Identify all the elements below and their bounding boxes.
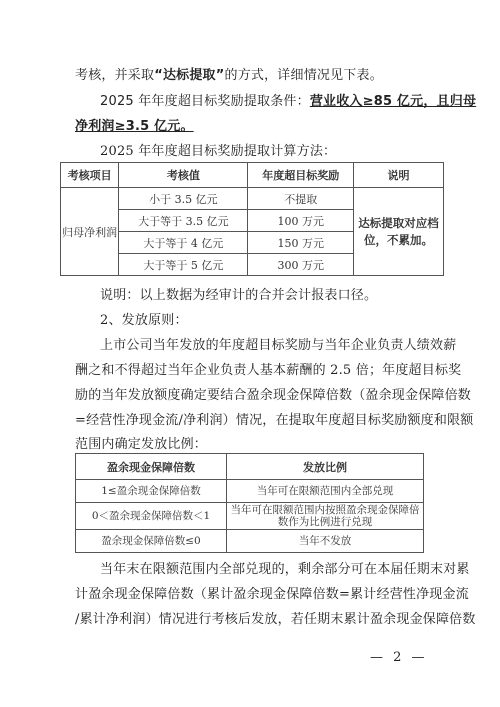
table-row: 盈余现金保障倍数≤0 当年不发放 [76, 530, 424, 553]
paragraph-principle: 酬之和不得超过当年企业负责人基本薪酬的 2.5 倍；年度超目标奖 [75, 363, 447, 379]
header-cell: 年度超目标奖励 [248, 163, 354, 188]
reward-cell: 150 万元 [248, 232, 354, 254]
paragraph-principle: 上市公司当年发放的年度超目标奖励与当年企业负责人绩效薪 [100, 338, 447, 354]
text: 酬之和不得超过当年企业负责人基本薪酬的 2.5 倍；年度超目标奖 [75, 363, 461, 378]
paragraph-condition-cont: 净利润≥3.5 亿元。 [75, 119, 447, 135]
table-row: 0＜盈余现金保障倍数＜1 当年可在限额范围内按照盈余现金保障倍 数作为比例进行兑… [76, 503, 424, 530]
header-cell: 盈余现金保障倍数 [76, 454, 227, 480]
reward-cell: 300 万元 [248, 254, 354, 276]
table-row: 1≤盈余现金保障倍数 当年可在限额范围内全部兑现 [76, 480, 424, 503]
bold-term: “达标提取” [154, 68, 224, 83]
text: 说明：以上数据为经审计的合并会计报表口径。 [100, 288, 377, 303]
paragraph-principle: =经营性净现金流/净利润）情况，在提取年度超目标奖励额度和限额 [75, 413, 447, 429]
payout-cell: 当年不发放 [227, 530, 424, 553]
header-cell: 考核项目 [61, 163, 119, 188]
text: 计盈余现金保障倍数（累计盈余现金保障倍数=累计经营性净现金流 [75, 587, 469, 602]
ratio-cell: 0＜盈余现金保障倍数＜1 [76, 503, 227, 530]
text: 2025 年年度超目标奖励提取计算方法： [100, 144, 336, 159]
paragraph-principle: 范围内确定发放比例： [75, 437, 447, 453]
paragraph-remaining: 当年末在限额范围内全部兑现的，剩余部分可在本届任期末对累 [100, 562, 447, 578]
paragraph-note: 说明：以上数据为经审计的合并会计报表口径。 [100, 288, 447, 304]
header-cell: 发放比例 [227, 454, 424, 480]
value-cell: 大于等于 5 亿元 [119, 254, 248, 276]
paragraph-remaining: /累计净利润）情况进行考核后发放，若任期末累计盈余现金保障倍数 [75, 612, 447, 628]
text: 上市公司当年发放的年度超目标奖励与当年企业负责人绩效薪 [100, 338, 456, 353]
reward-cell: 100 万元 [248, 210, 354, 232]
text: 的方式，详细情况见下表。 [225, 68, 383, 83]
note-line: 达标提取对应档 [358, 216, 439, 230]
value-cell: 大于等于 3.5 亿元 [119, 210, 248, 232]
paragraph-principle: 励的当年发放额度确定要结合盈余现金保障倍数（盈余现金保障倍数 [75, 388, 447, 404]
text: 励的当年发放额度确定要结合盈余现金保障倍数（盈余现金保障倍数 [75, 388, 471, 403]
payout-ratio-table: 盈余现金保障倍数 发放比例 1≤盈余现金保障倍数 当年可在限额范围内全部兑现 0… [75, 453, 424, 553]
payout-cell: 当年可在限额范围内按照盈余现金保障倍 数作为比例进行兑现 [227, 503, 424, 530]
value-cell: 小于 3.5 亿元 [119, 188, 248, 210]
payout-cell: 当年可在限额范围内全部兑现 [227, 480, 424, 503]
header-cell: 考核值 [119, 163, 248, 188]
text: 2、发放原则： [100, 313, 188, 328]
note-line: 位，不累加。 [364, 233, 433, 247]
table-header-row: 考核项目 考核值 年度超目标奖励 说明 [61, 163, 444, 188]
paragraph-intro: 考核，并采取“达标提取”的方式，详细情况见下表。 [75, 68, 447, 84]
reward-cell: 不提取 [248, 188, 354, 210]
text: 范围内确定发放比例： [75, 437, 207, 452]
table-row: 归母净利润 小于 3.5 亿元 不提取 达标提取对应档 位，不累加。 [61, 188, 444, 210]
text: /累计净利润）情况进行考核后发放，若任期末累计盈余现金保障倍数 [75, 612, 476, 627]
payout-line: 数作为比例进行兑现 [278, 516, 373, 528]
value-cell: 大于等于 4 亿元 [119, 232, 248, 254]
page-number: — 2 — [370, 650, 428, 665]
underlined-condition: 营业收入≥85 亿元，且归母 [310, 94, 476, 109]
reward-calc-table: 考核项目 考核值 年度超目标奖励 说明 归母净利润 小于 3.5 亿元 不提取 … [60, 162, 444, 276]
note-cell: 达标提取对应档 位，不累加。 [354, 188, 444, 276]
paragraph-method: 2025 年年度超目标奖励提取计算方法： [100, 144, 447, 160]
table-header-row: 盈余现金保障倍数 发放比例 [76, 454, 424, 480]
paragraph-remaining: 计盈余现金保障倍数（累计盈余现金保障倍数=累计经营性净现金流 [75, 587, 447, 603]
header-cell: 说明 [354, 163, 444, 188]
text: 当年末在限额范围内全部兑现的，剩余部分可在本届任期末对累 [100, 562, 470, 577]
paragraph-condition: 2025 年年度超目标奖励提取条件：营业收入≥85 亿元，且归母 [100, 94, 447, 110]
text: =经营性净现金流/净利润）情况，在提取年度超目标奖励额度和限额 [75, 413, 473, 428]
payout-line: 当年可在限额范围内按照盈余现金保障倍 [231, 504, 420, 516]
underlined-condition: 净利润≥3.5 亿元。 [75, 119, 194, 134]
ratio-cell: 1≤盈余现金保障倍数 [76, 480, 227, 503]
section-heading: 2、发放原则： [100, 313, 447, 329]
item-cell: 归母净利润 [61, 188, 119, 276]
text: 考核，并采取 [75, 68, 154, 83]
text: 2025 年年度超目标奖励提取条件： [100, 94, 310, 109]
ratio-cell: 盈余现金保障倍数≤0 [76, 530, 227, 553]
